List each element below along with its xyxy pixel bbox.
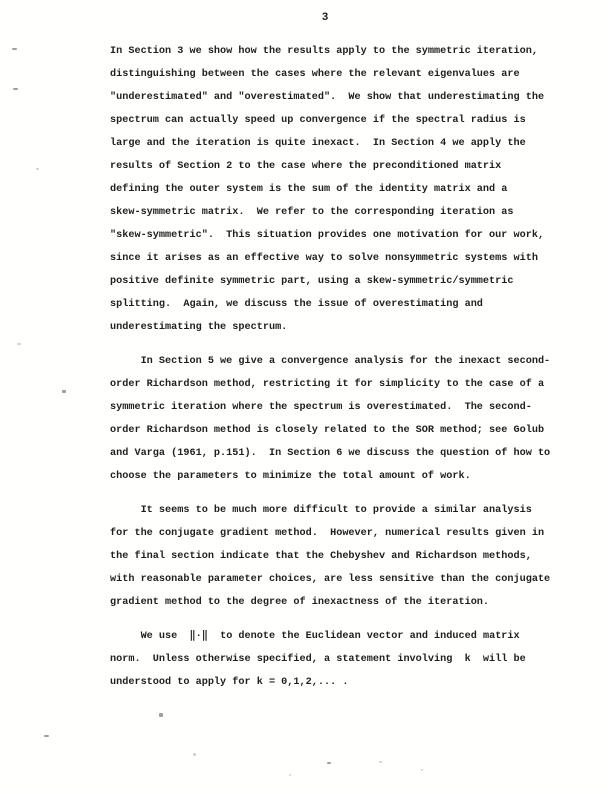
paragraph: It seems to be much more difficult to pr… <box>110 499 580 614</box>
text-line: order Richardson method is closely relat… <box>110 419 580 442</box>
text-line: gradient method to the degree of inexact… <box>110 591 580 614</box>
text-line: distinguishing between the cases where t… <box>110 63 580 86</box>
scan-speck <box>289 774 291 776</box>
scan-speck <box>193 753 196 756</box>
page-number: 3 <box>110 12 540 24</box>
text-line: It seems to be much more difficult to pr… <box>110 499 580 522</box>
text-line: positive definite symmetric part, using … <box>110 270 580 293</box>
paragraph: We use ‖·‖ to denote the Euclidean vecto… <box>110 625 580 694</box>
scan-speck <box>13 88 18 90</box>
text-line: underestimating the spectrum. <box>110 316 580 339</box>
text-line: We use ‖·‖ to denote the Euclidean vecto… <box>110 625 580 648</box>
text-line: "underestimated" and "overestimated". We… <box>110 86 580 109</box>
text-line: "skew-symmetric". This situation provide… <box>110 224 580 247</box>
text-line: In Section 5 we give a convergence analy… <box>110 350 580 373</box>
text-line: order Richardson method, restricting it … <box>110 373 580 396</box>
text-line: and Varga (1961, p.151). In Section 6 we… <box>110 442 580 465</box>
text-line: splitting. Again, we discuss the issue o… <box>110 293 580 316</box>
scan-speck <box>12 48 17 50</box>
text-line: since it arises as an effective way to s… <box>110 247 580 270</box>
text-line: norm. Unless otherwise specified, a stat… <box>110 648 580 671</box>
text-line: spectrum can actually speed up convergen… <box>110 109 580 132</box>
text-line: results of Section 2 to the case where t… <box>110 155 580 178</box>
scan-speck <box>44 735 49 737</box>
scan-speck <box>379 761 382 763</box>
text-line: for the conjugate gradient method. Howev… <box>110 522 580 545</box>
paragraph: In Section 5 we give a convergence analy… <box>110 350 580 488</box>
document-body: In Section 3 we show how the results app… <box>110 40 580 705</box>
text-line: symmetric iteration where the spectrum i… <box>110 396 580 419</box>
scan-speck <box>17 343 21 345</box>
text-line: understood to apply for k = 0,1,2,... . <box>110 671 580 694</box>
scan-speck <box>36 168 39 170</box>
text-line: defining the outer system is the sum of … <box>110 178 580 201</box>
document-page: 3 In Section 3 we show how the results a… <box>0 0 612 791</box>
scan-speck <box>421 769 423 771</box>
text-line: with reasonable parameter choices, are l… <box>110 568 580 591</box>
text-line: large and the iteration is quite inexact… <box>110 132 580 155</box>
scan-speck <box>327 762 331 764</box>
text-line: choose the parameters to minimize the to… <box>110 465 580 488</box>
text-line: In Section 3 we show how the results app… <box>110 40 580 63</box>
scan-speck <box>62 390 66 393</box>
text-line: the final section indicate that the Cheb… <box>110 545 580 568</box>
paragraph: In Section 3 we show how the results app… <box>110 40 580 339</box>
scan-speck <box>159 713 163 717</box>
text-line: skew-symmetric matrix. We refer to the c… <box>110 201 580 224</box>
